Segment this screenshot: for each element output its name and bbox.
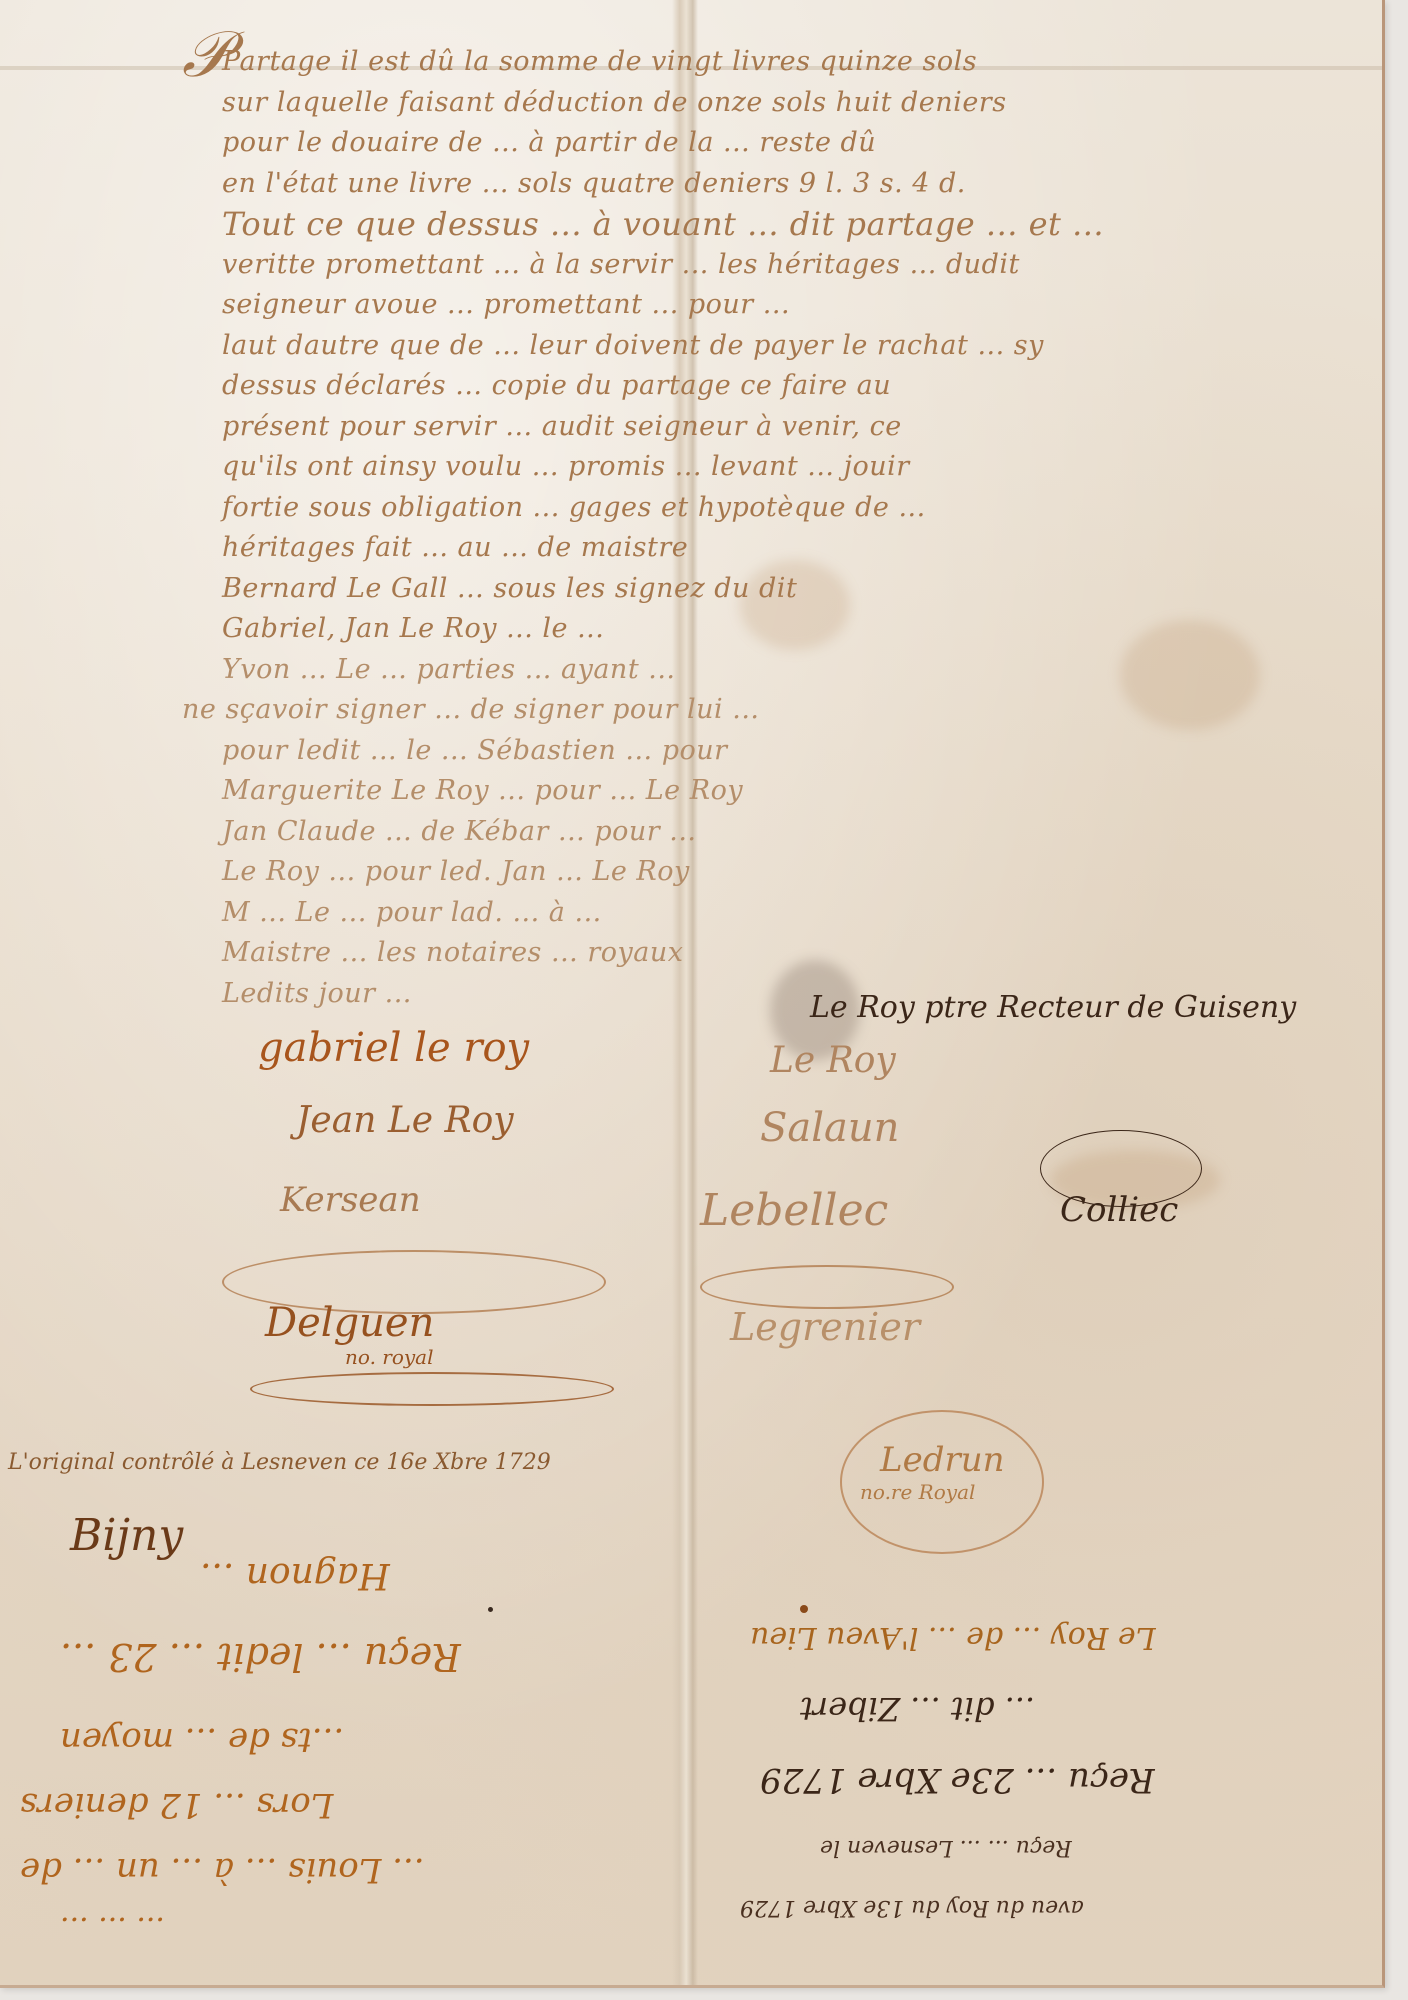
control-note: L'original contrôlé à Lesneven ce 16e Xb… [8, 1450, 551, 1475]
body-line: qu'ils ont ainsy voulu ... promis ... le… [222, 447, 1382, 488]
ink-blot [488, 1607, 493, 1612]
body-text: Partage il est dû la somme de vingt livr… [222, 42, 1382, 1014]
body-line: Yvon ... Le ... parties ... ayant ... [222, 650, 1382, 691]
signature-kersean: Kersean [280, 1180, 421, 1220]
signature-le-roy: Le Roy [770, 1040, 896, 1081]
upside-down-note: Reçu ... ledit ... 23 ... [60, 1635, 461, 1679]
signature-le-roy-recteur: Le Roy ptre Recteur de Guiseny [810, 990, 1296, 1025]
upside-down-note: ... Louis ... à ... un ... de [20, 1850, 425, 1890]
body-line: Le Roy ... pour led. Jan ... Le Roy [222, 852, 1382, 893]
upside-down-note: ... dit ... Zibert [800, 1690, 1035, 1728]
body-line: dessus déclarés ... copie du partage ce … [222, 366, 1382, 407]
body-line: seigneur avoue ... promettant ... pour .… [222, 285, 1382, 326]
signature-delguen: Delguen [265, 1300, 434, 1346]
signature-colliec: Colliec [1060, 1190, 1178, 1230]
upside-down-note: Le Roy ... de ... l'Aveu Lieu [750, 1620, 1156, 1655]
body-line: héritages fait ... au ... de maistre [222, 528, 1382, 569]
upside-down-note: Lors ... 12 deniers [20, 1785, 333, 1825]
body-line: Jan Claude ... de Kébar ... pour ... [222, 812, 1382, 853]
body-line: présent pour servir ... audit seigneur à… [222, 407, 1382, 448]
signature-delguen-title: no. royal [345, 1345, 434, 1369]
signature-jean-le-roy: Jean Le Roy [296, 1100, 514, 1141]
body-line: pour ledit ... le ... Sébastien ... pour [222, 731, 1382, 772]
body-line: ne sçavoir signer ... de signer pour lui… [182, 690, 1382, 731]
body-line: fortie sous obligation ... gages et hypo… [222, 488, 1382, 529]
body-line: Partage il est dû la somme de vingt livr… [222, 42, 1382, 83]
body-line: Marguerite Le Roy ... pour ... Le Roy [222, 771, 1382, 812]
upside-down-note: aveu du Roy du 13e Xbre 1729 [740, 1895, 1084, 1920]
upside-down-note: ... ... ... [60, 1910, 165, 1945]
signature-salaun: Salaun [760, 1105, 899, 1151]
signature-lebellec: Lebellec [700, 1185, 888, 1236]
signature-ledrun: Ledrun [880, 1440, 1005, 1480]
signature-bijny: Bijny [70, 1510, 183, 1561]
signature-legrenier: Legrenier [730, 1305, 920, 1349]
body-line: pour le douaire de ... à partir de la ..… [222, 123, 1382, 164]
body-line: en l'état une livre ... sols quatre deni… [222, 164, 1382, 205]
body-line: Gabriel, Jan Le Roy ... le ... [222, 609, 1382, 650]
upside-down-note: Hagnon ... [200, 1555, 390, 1596]
upside-down-note: ...ts de ... moyen [60, 1720, 344, 1760]
body-line: Tout ce que dessus ... à vouant ... dit … [222, 204, 1382, 245]
manuscript-page: 𝒫 Partage il est dû la somme de vingt li… [0, 0, 1385, 1988]
body-line: sur laquelle faisant déduction de onze s… [222, 83, 1382, 124]
upside-down-note: Reçu ... 23e Xbre 1729 [760, 1760, 1155, 1800]
upside-down-note: Reçu ... ... Lesneven le [820, 1835, 1072, 1860]
ink-blot [800, 1605, 808, 1613]
body-line: veritte promettant ... à la servir ... l… [222, 245, 1382, 286]
body-line: M ... Le ... pour lad. ... à ... [222, 893, 1382, 934]
signature-ledrun-title: no.re Royal [860, 1480, 975, 1504]
body-line: laut dautre que de ... leur doivent de p… [222, 326, 1382, 367]
signature-flourish [700, 1265, 954, 1309]
body-line: Maistre ... les notaires ... royaux [222, 933, 1382, 974]
body-line: Bernard Le Gall ... sous les signez du d… [222, 569, 1382, 610]
signature-underline-flourish [250, 1372, 614, 1406]
signature-gabriel-le-roy: gabriel le roy [258, 1025, 529, 1071]
